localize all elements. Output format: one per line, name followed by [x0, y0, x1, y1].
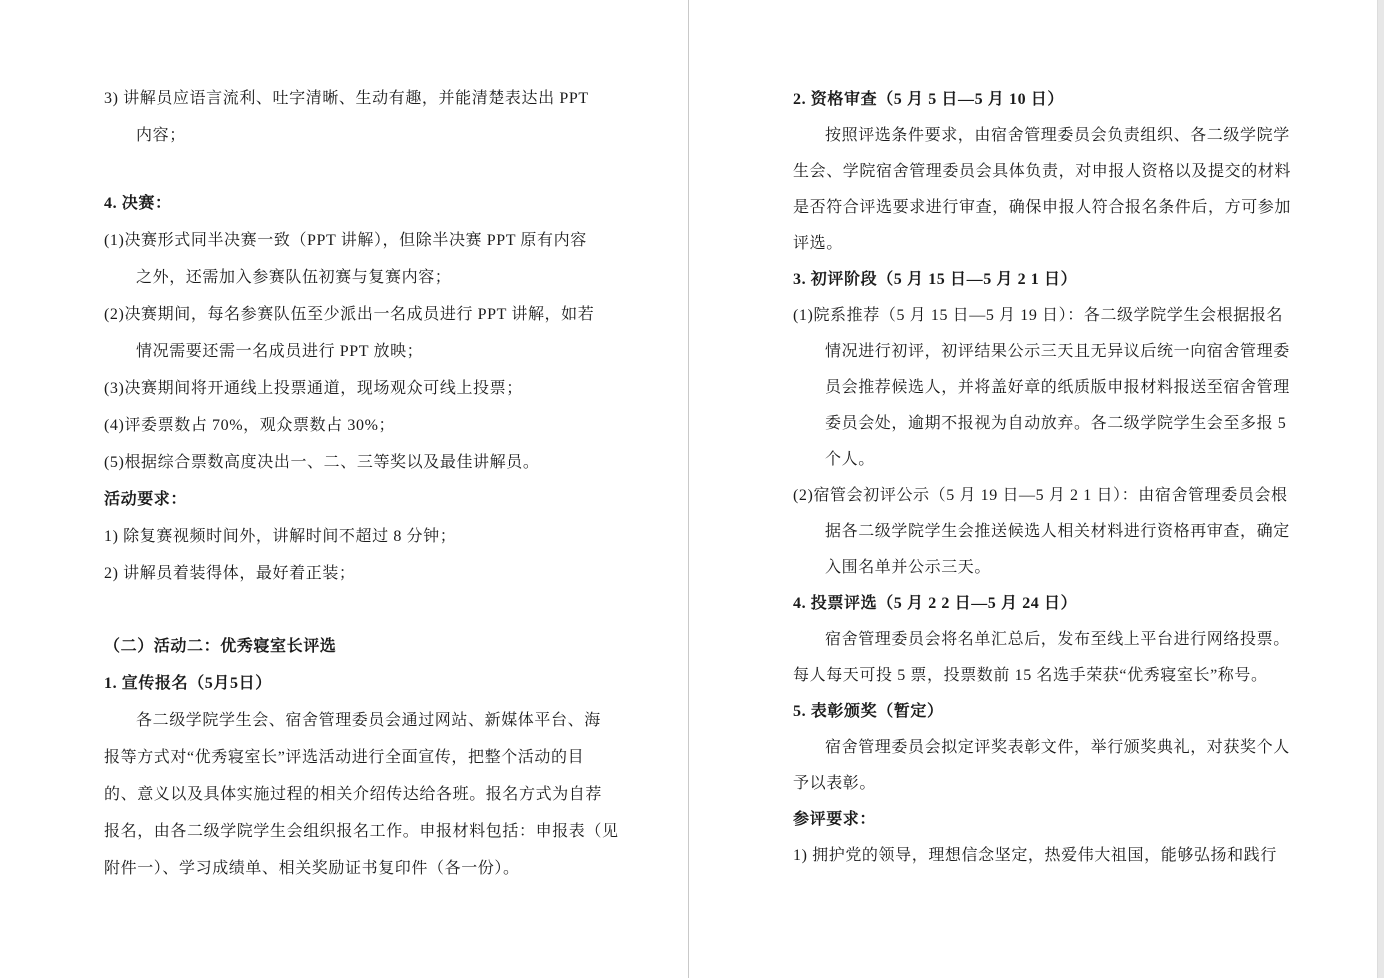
doc-heading: 1. 宣传报名（5月5日） [104, 665, 593, 702]
doc-line: 的、意义以及具体实施过程的相关介绍传达给各班。报名方式为自荐 [104, 776, 593, 813]
doc-line: 是否符合评选要求进行审查，确保申报人符合报名条件后，方可参加 [793, 190, 1285, 226]
doc-line: 4. 投票评选（5 月 2 2 日—5 月 24 日） [793, 586, 1285, 622]
doc-line: 员会推荐候选人，并将盖好章的纸质版申报材料报送至宿舍管理 [793, 370, 1285, 406]
doc-line: 报名，由各二级学院学生会组织报名工作。申报材料包括：申报表（见 [104, 813, 593, 850]
doc-line: 1) 拥护党的领导，理想信念坚定，热爱伟大祖国，能够弘扬和践行 [793, 838, 1285, 874]
doc-paragraph: (4)评委票数占 70%，观众票数占 30%； [104, 407, 593, 444]
doc-heading: （二）活动二：优秀寝室长评选 [104, 628, 593, 665]
doc-paragraph: 1) 拥护党的领导，理想信念坚定，热爱伟大祖国，能够弘扬和践行 [793, 838, 1285, 874]
doc-line: (2)决赛期间，每名参赛队伍至少派出一名成员进行 PPT 讲解，如若 [104, 296, 593, 333]
doc-paragraph: (1)决赛形式同半决赛一致（PPT 讲解），但除半决赛 PPT 原有内容之外，还… [104, 222, 593, 296]
doc-line: (5)根据综合票数高度决出一、二、三等奖以及最佳讲解员。 [104, 444, 593, 481]
doc-paragraph: 宿舍管理委员会拟定评奖表彰文件，举行颁奖典礼，对获奖个人予以表彰。 [793, 730, 1285, 802]
doc-heading: 参评要求： [793, 802, 1285, 838]
doc-line: (1)院系推荐（5 月 15 日—5 月 19 日）：各二级学院学生会根据报名 [793, 298, 1285, 334]
doc-heading: 2. 资格审查（5 月 5 日—5 月 10 日） [793, 82, 1285, 118]
doc-line: 各二级学院学生会、宿舍管理委员会通过网站、新媒体平台、海 [104, 702, 593, 739]
doc-line: 按照评选条件要求，由宿舍管理委员会负责组织、各二级学院学 [793, 118, 1285, 154]
doc-line: 2) 讲解员着装得体，最好着正装； [104, 555, 593, 592]
doc-paragraph: 3) 讲解员应语言流利、吐字清晰、生动有趣，并能清楚表达出 PPT内容； [104, 80, 593, 154]
doc-line: 1. 宣传报名（5月5日） [104, 665, 593, 702]
doc-line: (4)评委票数占 70%，观众票数占 30%； [104, 407, 593, 444]
document-page-left: 3) 讲解员应语言流利、吐字清晰、生动有趣，并能清楚表达出 PPT内容；4. 决… [0, 0, 689, 978]
doc-paragraph: (5)根据综合票数高度决出一、二、三等奖以及最佳讲解员。 [104, 444, 593, 481]
doc-line: 予以表彰。 [793, 766, 1285, 802]
doc-line: 评选。 [793, 226, 1285, 262]
doc-line: 内容； [104, 117, 593, 154]
doc-line: 据各二级学院学生会推送候选人相关材料进行资格再审查，确定 [793, 514, 1285, 550]
doc-line: 5. 表彰颁奖（暂定） [793, 694, 1285, 730]
doc-line: (2)宿管会初评公示（5 月 19 日—5 月 2 1 日）：由宿舍管理委员会根 [793, 478, 1285, 514]
doc-line: 入围名单并公示三天。 [793, 550, 1285, 586]
doc-line: 情况需要还需一名成员进行 PPT 放映； [104, 333, 593, 370]
doc-line: (3)决赛期间将开通线上投票通道，现场观众可线上投票； [104, 370, 593, 407]
doc-paragraph: 各二级学院学生会、宿舍管理委员会通过网站、新媒体平台、海报等方式对“优秀寝室长”… [104, 702, 593, 887]
doc-line: 情况进行初评，初评结果公示三天且无异议后统一向宿舍管理委 [793, 334, 1285, 370]
doc-line: 之外，还需加入参赛队伍初赛与复赛内容； [104, 259, 593, 296]
doc-line: 3. 初评阶段（5 月 15 日—5 月 2 1 日） [793, 262, 1285, 298]
doc-paragraph: 2) 讲解员着装得体，最好着正装； [104, 555, 593, 592]
document-page-right: 2. 资格审查（5 月 5 日—5 月 10 日）按照评选条件要求，由宿舍管理委… [689, 0, 1377, 978]
doc-line: 委员会处，逾期不报视为自动放弃。各二级学院学生会至多报 5 [793, 406, 1285, 442]
doc-line: 报等方式对“优秀寝室长”评选活动进行全面宣传，把整个活动的目 [104, 739, 593, 776]
doc-line: 附件一）、学习成绩单、相关奖励证书复印件（各一份）。 [104, 850, 593, 887]
doc-line: 1) 除复赛视频时间外，讲解时间不超过 8 分钟； [104, 518, 593, 555]
doc-paragraph: 1) 除复赛视频时间外，讲解时间不超过 8 分钟； [104, 518, 593, 555]
doc-line: 2. 资格审查（5 月 5 日—5 月 10 日） [793, 82, 1285, 118]
doc-line: 3) 讲解员应语言流利、吐字清晰、生动有趣，并能清楚表达出 PPT [104, 80, 593, 117]
document-viewport: 3) 讲解员应语言流利、吐字清晰、生动有趣，并能清楚表达出 PPT内容；4. 决… [0, 0, 1377, 978]
doc-line: 宿舍管理委员会将名单汇总后，发布至线上平台进行网络投票。 [793, 622, 1285, 658]
doc-paragraph: (2)宿管会初评公示（5 月 19 日—5 月 2 1 日）：由宿舍管理委员会根… [793, 478, 1285, 586]
doc-line: 宿舍管理委员会拟定评奖表彰文件，举行颁奖典礼，对获奖个人 [793, 730, 1285, 766]
doc-line: 活动要求： [104, 481, 593, 518]
doc-paragraph: 按照评选条件要求，由宿舍管理委员会负责组织、各二级学院学生会、学院宿舍管理委员会… [793, 118, 1285, 262]
window-edge-scrollbar-track[interactable] [1377, 0, 1384, 978]
doc-heading: 4. 投票评选（5 月 2 2 日—5 月 24 日） [793, 586, 1285, 622]
doc-line: （二）活动二：优秀寝室长评选 [104, 628, 593, 665]
doc-heading: 4. 决赛： [104, 185, 593, 222]
doc-heading: 5. 表彰颁奖（暂定） [793, 694, 1285, 730]
doc-line: 生会、学院宿舍管理委员会具体负责，对申报人资格以及提交的材料 [793, 154, 1285, 190]
doc-paragraph: (3)决赛期间将开通线上投票通道，现场观众可线上投票； [104, 370, 593, 407]
doc-heading: 活动要求： [104, 481, 593, 518]
doc-heading: 3. 初评阶段（5 月 15 日—5 月 2 1 日） [793, 262, 1285, 298]
doc-line: 个人。 [793, 442, 1285, 478]
doc-paragraph: (1)院系推荐（5 月 15 日—5 月 19 日）：各二级学院学生会根据报名情… [793, 298, 1285, 478]
doc-line: 参评要求： [793, 802, 1285, 838]
doc-paragraph: 宿舍管理委员会将名单汇总后，发布至线上平台进行网络投票。每人每天可投 5 票，投… [793, 622, 1285, 694]
doc-line: 每人每天可投 5 票，投票数前 15 名选手荣获“优秀寝室长”称号。 [793, 658, 1285, 694]
doc-line: 4. 决赛： [104, 185, 593, 222]
doc-line: (1)决赛形式同半决赛一致（PPT 讲解），但除半决赛 PPT 原有内容 [104, 222, 593, 259]
doc-paragraph: (2)决赛期间，每名参赛队伍至少派出一名成员进行 PPT 讲解，如若情况需要还需… [104, 296, 593, 370]
